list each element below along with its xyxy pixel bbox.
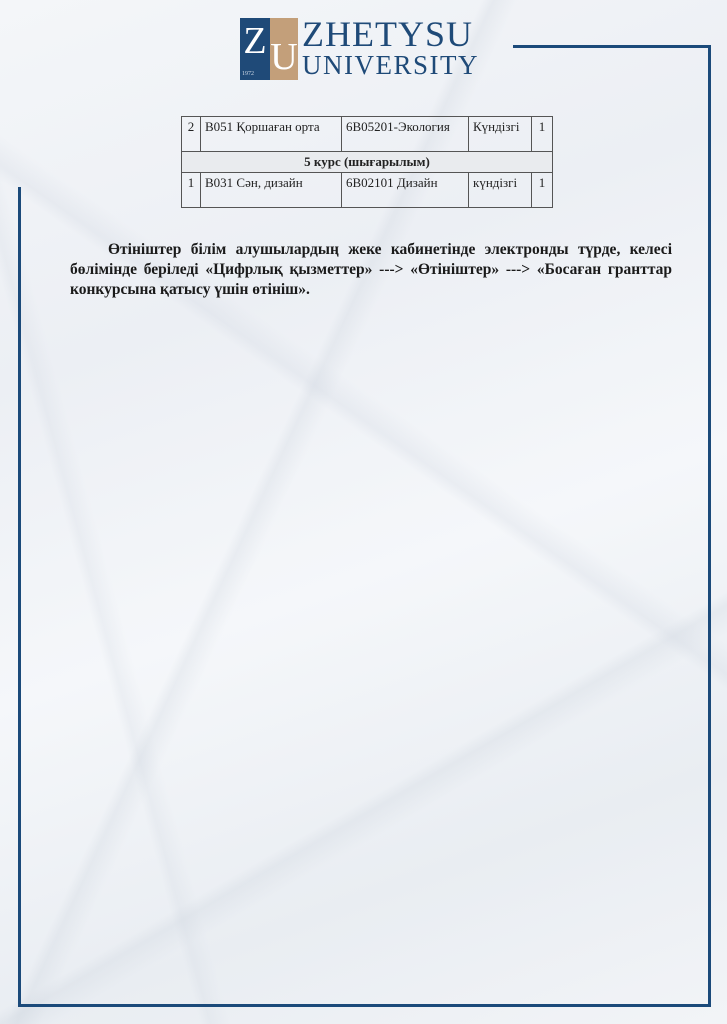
logo-wordmark: ZHETYSU UNIVERSITY	[302, 18, 479, 80]
instructions-paragraph: Өтініштер білім алушылардың жеке кабинет…	[70, 240, 672, 300]
program-group: B031 Сән, дизайн	[201, 173, 342, 208]
program-group: B051 Қоршаған орта	[201, 117, 342, 152]
row-number: 1	[182, 173, 201, 208]
grant-count: 1	[532, 117, 553, 152]
frame-top-line	[513, 45, 711, 48]
logo-line1: ZHETYSU	[302, 18, 479, 50]
university-logo: Z 1972 U ZHETYSU UNIVERSITY	[240, 18, 479, 80]
frame-left-line	[18, 187, 21, 1007]
grants-table: 2B051 Қоршаған орта6B05201-ЭкологияКүнді…	[181, 116, 553, 208]
table-row: 2B051 Қоршаған орта6B05201-ЭкологияКүнді…	[182, 117, 553, 152]
logo-letter-z: Z	[243, 20, 266, 62]
study-form: Күндізгі	[469, 117, 532, 152]
logo-monogram-z: Z 1972	[240, 18, 270, 80]
logo-letter-u: U	[270, 38, 297, 76]
frame-right-line	[708, 45, 711, 1007]
study-form: күндізгі	[469, 173, 532, 208]
grant-count: 1	[532, 173, 553, 208]
logo-year: 1972	[242, 71, 254, 78]
section-label: 5 курс (шығарылым)	[182, 152, 553, 173]
program-code: 6B02101 Дизайн	[342, 173, 469, 208]
table-row: 1B031 Сән, дизайн6B02101 Дизайнкүндізгі1	[182, 173, 553, 208]
logo-line2: UNIVERSITY	[302, 50, 479, 80]
table-section-row: 5 курс (шығарылым)	[182, 152, 553, 173]
frame-bottom-line	[18, 1004, 711, 1007]
program-code: 6B05201-Экология	[342, 117, 469, 152]
logo-monogram-u: U	[270, 18, 298, 80]
row-number: 2	[182, 117, 201, 152]
